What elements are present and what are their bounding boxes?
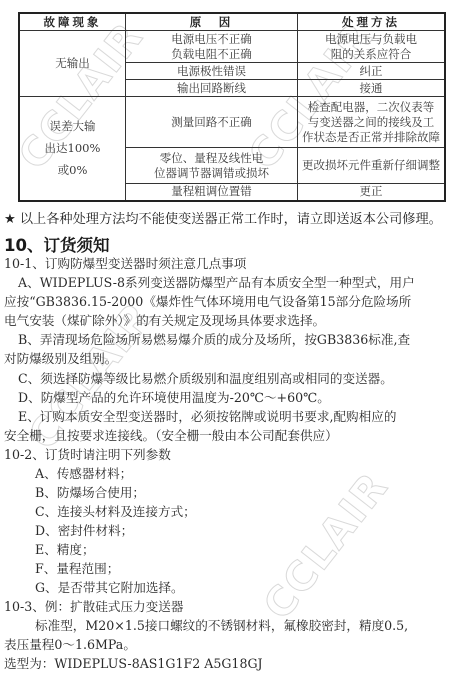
repair-note: ★以上各种处理方法均不能使变送器正常工作时，请立即送返本公司修理。 (4, 208, 442, 227)
star-icon: ★ (4, 212, 16, 227)
paragraph-line: D、防爆型产品的允许环境使用温度为-20℃～+60℃。 (18, 389, 330, 407)
paragraph-line: C、须选择防爆等级比易燃介质级别和温度组别高或相同的变送器。 (18, 370, 393, 388)
table-row: 无输出 电源电压不正确负载电阻不正确 电源电压与负载电阻的关系应符合 (19, 31, 445, 63)
cause-cell: 量程粗调位置错 (126, 184, 298, 201)
list-item: E、精度； (35, 541, 95, 559)
list-item: B、防爆场合使用； (35, 484, 145, 502)
cause-text: 位器调节器调错或损坏 (154, 166, 269, 180)
fix-text: 检查配电器，二次仪表等 (308, 100, 435, 114)
paragraph-line: A、WIDEPLUS-8系列变送器防爆型产品有本质安全型一种型式，用户 (18, 274, 415, 292)
subsection-title: 10-3、例：扩散硅式压力变送器 (4, 598, 183, 616)
fix-cell: 接通 (298, 80, 446, 97)
paragraph-line: 标准型，M20×1.5接口螺纹的不锈钢材料，氟橡胶密封，精度0.5, (35, 617, 408, 635)
fix-cell: 更正 (298, 184, 446, 201)
symptom-text: 误差大输 (50, 119, 96, 133)
paragraph-line: B、弄清现场危险场所易燃易爆介质的成分及场所，按GB3836标准,查 (18, 331, 410, 349)
cause-cell: 测量回路不正确 (126, 97, 298, 148)
paragraph-line: 电气安装（煤矿除外）》的有关规定及现场具体要求选择。 (4, 312, 325, 330)
list-item: D、密封件材料； (35, 522, 133, 540)
fix-cell: 纠正 (298, 63, 446, 80)
fix-text: 与变送器之间的接线及工 (308, 115, 435, 129)
section-title: 10、订货须知 (4, 232, 109, 256)
table-row: 误差大输 出达100% 或0% 测量回路不正确 检查配电器，二次仪表等 与变送器… (19, 97, 445, 148)
cause-text: 负载电阻不正确 (171, 47, 252, 61)
paragraph-line: 应按“GB3836.15-2000《爆炸性气体环境用电气设备第15部分危险场所 (4, 293, 411, 311)
subsection-title: 10-1、订购防爆型变送器时须注意几点事项 (4, 255, 246, 273)
paragraph-line: 对防爆级别及组别。 (4, 350, 117, 368)
header-symptom: 故障现象 (19, 13, 126, 31)
header-fix: 处理方法 (298, 13, 446, 31)
model-code-line: 选型为：WIDEPLUS-8AS1G1F2 A5G18GJ (4, 655, 263, 673)
paragraph-line: E、订购本质安全型变送器时，必须按铭牌或说明书要求,配购相应的 (18, 408, 396, 426)
subsection-title: 10-2、订货时请注明下列参数 (4, 446, 171, 464)
symptom-text: 出达100% (45, 141, 101, 155)
cause-text: 电源电压不正确 (171, 32, 252, 46)
watermark: CCLAIR (255, 464, 398, 629)
fix-cell: 更改损坏元件重新仔细调整 (298, 148, 446, 184)
cause-cell: 输出回路断线 (126, 80, 298, 97)
cause-text: 零位、量程及线性电 (160, 151, 264, 165)
list-item: C、连接头材料及连接方式； (35, 503, 196, 521)
cause-cell: 电源极性错误 (126, 63, 298, 80)
fix-cell: 电源电压与负载电阻的关系应符合 (298, 31, 446, 63)
fix-text: 电源电压与负载电 (325, 32, 417, 46)
paragraph-line: 安全栅，且按要求连接线。（安全栅一般由本公司配套供应） (4, 427, 338, 445)
fix-cell: 检查配电器，二次仪表等 与变送器之间的接线及工 作状态是否正常并排除故障 (298, 97, 446, 148)
header-cause: 原 因 (126, 13, 298, 31)
list-item: A、传感器材料； (35, 465, 132, 483)
list-item: G、是否带其它附加选择。 (35, 579, 184, 597)
table-header-row: 故障现象 原 因 处理方法 (19, 13, 445, 31)
list-item: F、量程范围； (35, 560, 119, 578)
symptom-cell: 误差大输 出达100% 或0% (19, 97, 126, 201)
symptom-text: 无输出 (55, 56, 90, 70)
cause-cell: 电源电压不正确负载电阻不正确 (126, 31, 298, 63)
symptom-cell: 无输出 (19, 31, 126, 97)
paragraph-line: 表压量程0～1.6MPa。 (4, 636, 136, 654)
cause-cell: 零位、量程及线性电位器调节器调错或损坏 (126, 148, 298, 184)
fix-text: 阻的关系应符合 (331, 47, 412, 61)
fix-text: 作状态是否正常并排除故障 (302, 130, 440, 144)
note-text: 以上各种处理方法均不能使变送器正常工作时，请立即送返本公司修理。 (20, 212, 442, 227)
symptom-text: 或0% (58, 163, 88, 177)
fault-table: 故障现象 原 因 处理方法 无输出 电源电压不正确负载电阻不正确 电源电压与负载… (18, 12, 446, 202)
